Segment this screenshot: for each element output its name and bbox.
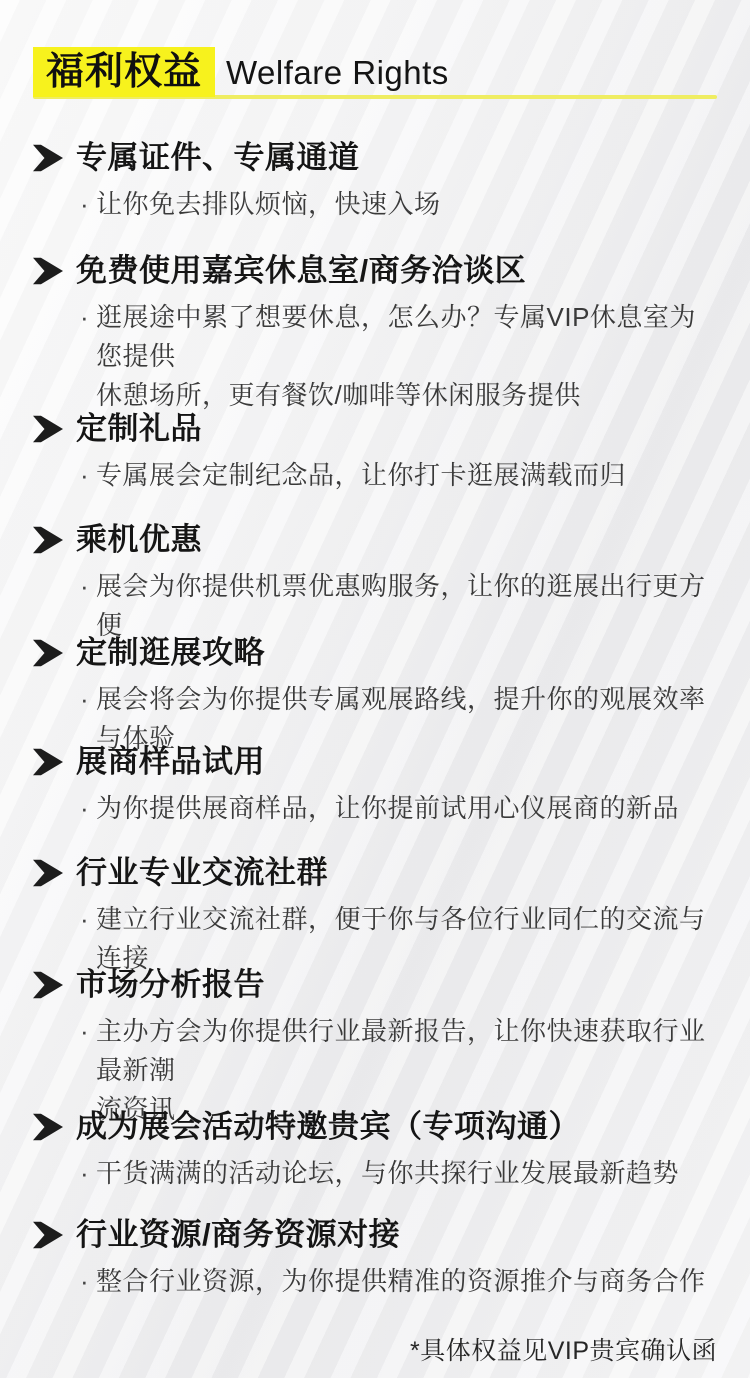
benefit-desc: 为你提供展商样品，让你提前试用心仪展商的新品 [96, 789, 679, 828]
bullet-dot: · [80, 1262, 96, 1301]
benefit-item-flight-discount: 乘机优惠 · 展会为你提供机票优惠购服务，让你的逛展出行更方便 [33, 520, 717, 645]
bullet-dot: · [80, 567, 96, 606]
benefit-item-market-report: 市场分析报告 · 主办方会为你提供行业最新报告，让你快速获取行业最新潮 流资讯 [33, 965, 717, 1129]
benefit-item-community: 行业专业交流社群 · 建立行业交流社群，便于你与各位行业同仁的交流与连接 [33, 853, 717, 978]
arrowhead-icon [33, 144, 63, 172]
benefit-title: 行业资源/商务资源对接 [76, 1215, 400, 1255]
benefit-title: 市场分析报告 [76, 965, 265, 1005]
benefit-title: 成为展会活动特邀贵宾（专项沟通） [76, 1107, 580, 1147]
benefit-desc: 整合行业资源，为你提供精准的资源推介与商务合作 [96, 1262, 706, 1301]
benefit-item-gifts: 定制礼品 · 专属展会定制纪念品，让你打卡逛展满载而归 [33, 409, 717, 495]
benefit-desc: 干货满满的活动论坛，与你共探行业发展最新趋势 [96, 1154, 679, 1193]
footnote: *具体权益见VIP贵宾确认函 [410, 1331, 717, 1367]
welfare-rights-poster: 福利权益 Welfare Rights 专属证件、专属通道 · 让你免去排队烦恼… [0, 0, 750, 1378]
bullet-dot: · [80, 298, 96, 337]
arrowhead-icon [33, 526, 63, 554]
bullet-dot: · [80, 1012, 96, 1051]
arrowhead-icon [33, 1221, 63, 1249]
arrowhead-icon [33, 415, 63, 443]
benefit-item-vip-guest: 成为展会活动特邀贵宾（专项沟通） · 干货满满的活动论坛，与你共探行业发展最新趋… [33, 1107, 717, 1193]
arrowhead-icon [33, 859, 63, 887]
arrowhead-icon [33, 639, 63, 667]
benefit-item-tour-guide: 定制逛展攻略 · 展会将会为你提供专属观展路线，提升你的观展效率与体验 [33, 633, 717, 758]
benefit-title: 免费使用嘉宾休息室/商务洽谈区 [76, 251, 526, 291]
benefit-desc: 让你免去排队烦恼，快速入场 [96, 185, 441, 224]
page-title: 福利权益 [46, 53, 202, 91]
benefit-title: 定制礼品 [76, 409, 202, 449]
benefit-item-samples: 展商样品试用 · 为你提供展商样品，让你提前试用心仪展商的新品 [33, 742, 717, 828]
bullet-dot: · [80, 1154, 96, 1193]
page-subtitle-en: Welfare Rights [226, 54, 449, 92]
arrowhead-icon [33, 748, 63, 776]
benefit-item-lounge: 免费使用嘉宾休息室/商务洽谈区 · 逛展途中累了想要休息，怎么办？专属VIP休息… [33, 251, 717, 415]
arrowhead-icon [33, 1113, 63, 1141]
benefit-desc: 逛展途中累了想要休息，怎么办？专属VIP休息室为您提供 休憩场所，更有餐饮/咖啡… [96, 298, 714, 415]
arrowhead-icon [33, 971, 63, 999]
benefit-desc: 专属展会定制纪念品，让你打卡逛展满载而归 [96, 456, 626, 495]
benefit-title: 专属证件、专属通道 [76, 138, 360, 178]
bullet-dot: · [80, 680, 96, 719]
header-title-highlight: 福利权益 [33, 47, 215, 97]
arrowhead-icon [33, 257, 63, 285]
bullet-dot: · [80, 185, 96, 224]
benefit-title: 乘机优惠 [76, 520, 202, 560]
benefit-title: 展商样品试用 [76, 742, 265, 782]
bullet-dot: · [80, 789, 96, 828]
benefit-title: 行业专业交流社群 [76, 853, 328, 893]
bullet-dot: · [80, 456, 96, 495]
benefit-item-passes: 专属证件、专属通道 · 让你免去排队烦恼，快速入场 [33, 138, 717, 224]
benefit-title: 定制逛展攻略 [76, 633, 265, 673]
bullet-dot: · [80, 900, 96, 939]
benefit-item-resource-matching: 行业资源/商务资源对接 · 整合行业资源，为你提供精准的资源推介与商务合作 [33, 1215, 717, 1301]
